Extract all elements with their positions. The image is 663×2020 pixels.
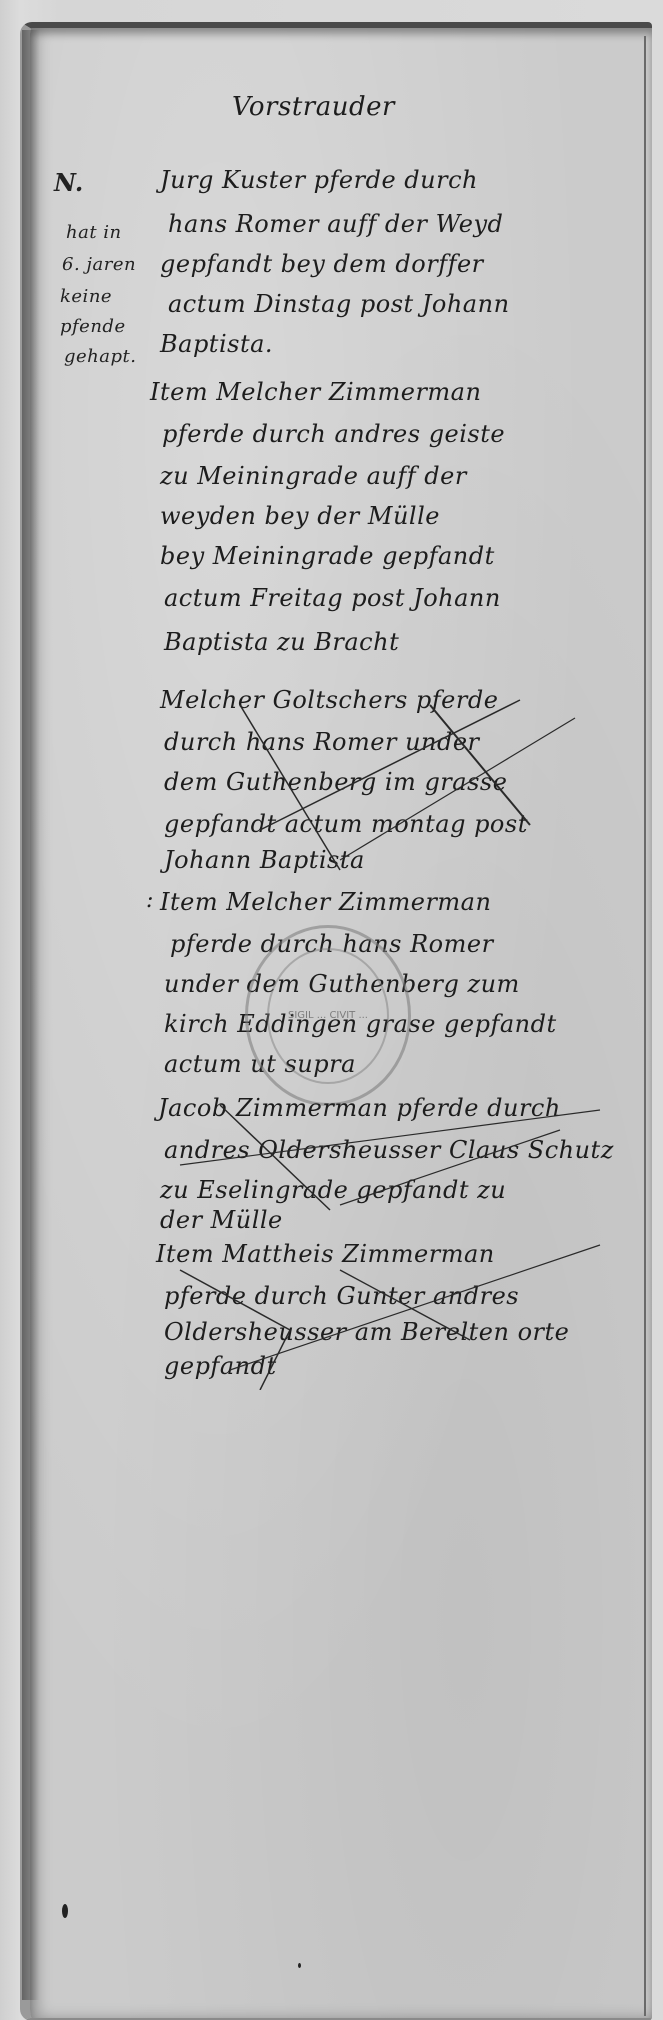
page-edge <box>644 36 646 2016</box>
entry-5-line: der Mülle <box>160 1206 283 1234</box>
entry-6-line: Item Mattheis Zimmerman <box>156 1240 495 1268</box>
entry-3-line: Johann Baptista <box>164 846 365 874</box>
margin-note-nb: N. <box>54 168 84 197</box>
entry-4-line: Item Melcher Zimmerman <box>160 888 491 916</box>
entry-1-line: actum Dinstag post Johann <box>168 290 510 318</box>
entry-5-line: andres Oldersheusser Claus Schutz <box>164 1136 614 1164</box>
entry-1-line: Baptista. <box>160 330 273 358</box>
entry-2-line: Baptista zu Bracht <box>164 628 399 656</box>
binding-shadow <box>22 30 40 2000</box>
entry-3-line: Melcher Goltschers pferde <box>160 686 498 714</box>
ink-blot <box>62 1904 68 1918</box>
entry-2-line: zu Meiningrade auff der <box>160 462 467 490</box>
margin-note: 6. jaren <box>62 254 136 275</box>
entry-6-line: pferde durch Gunter andres <box>164 1282 519 1310</box>
page-heading: Vorstrauder <box>232 92 395 122</box>
entry-1-line: gepfandt bey dem dorffer <box>160 250 484 278</box>
margin-note: hat in <box>66 222 122 243</box>
entry-2-line: bey Meiningrade gepfandt <box>160 542 495 570</box>
ink-speck <box>298 1963 301 1968</box>
entry-2-line: actum Freitag post Johann <box>164 584 501 612</box>
margin-note: keine <box>60 286 112 307</box>
entry-1-line: Jurg Kuster pferde durch <box>160 166 478 194</box>
entry-4-margin-mark: : <box>146 888 154 913</box>
archive-seal-stamp: SIGIL ... CIVIT ... <box>245 925 411 1106</box>
entry-6-line: gepfandt <box>164 1352 277 1380</box>
entry-2-line: Item Melcher Zimmerman <box>150 378 481 406</box>
entry-1-line: hans Romer auff der Weyd <box>168 210 503 238</box>
margin-note: pfende <box>60 316 126 337</box>
margin-note: gehapt. <box>64 346 136 367</box>
entry-5-line: Jacob Zimmerman pferde durch <box>158 1094 561 1122</box>
entry-3-line: dem Guthenberg im grasse <box>164 768 507 796</box>
entry-2-line: weyden bey der Mülle <box>160 502 440 530</box>
entry-3-line: durch hans Romer under <box>164 728 480 756</box>
entry-3-line: gepfandt actum montag post <box>164 810 528 838</box>
entry-6-line: Oldersheusser am Berelten orte <box>164 1318 569 1346</box>
seal-inner-ring: SIGIL ... CIVIT ... <box>267 948 389 1084</box>
entry-5-line: zu Eselingrade gepfandt zu <box>160 1176 506 1204</box>
entry-2-line: pferde durch andres geiste <box>162 420 505 448</box>
